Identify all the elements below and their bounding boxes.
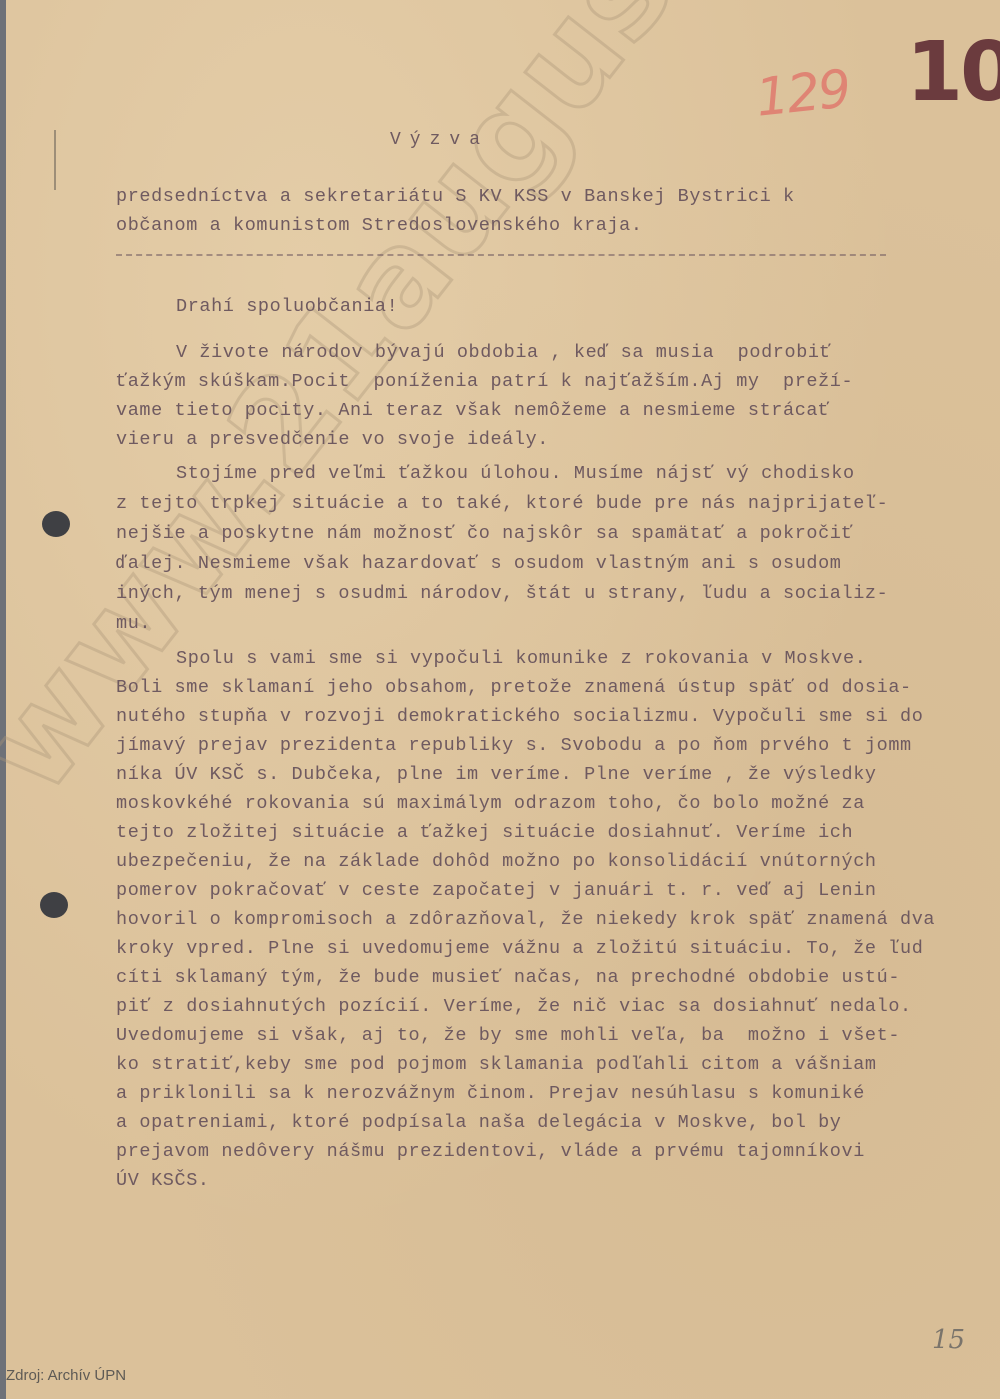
paragraph-line: iných, tým menej s osudmi národov, štát … bbox=[116, 583, 888, 604]
paragraph-line: moskovkéhé rokovania sú maximálym odrazo… bbox=[116, 793, 865, 814]
paragraph-line: Uvedomujeme si však, aj to, že by sme mo… bbox=[116, 1025, 900, 1046]
paragraph-line: a priklonili sa k nerozvážnym činom. Pre… bbox=[116, 1083, 865, 1104]
paragraph-line: jímavý prejav prezidenta republiky s. Sv… bbox=[116, 735, 912, 756]
paragraph-line: piť z dosiahnutých pozícií. Veríme, že n… bbox=[116, 996, 912, 1017]
page-mark-handwritten: 15 bbox=[932, 1325, 965, 1355]
folio-number-handwritten: 129 bbox=[753, 59, 852, 128]
paragraph-line: mu. bbox=[116, 613, 151, 634]
paragraph-line: níka ÚV KSČ s. Dubčeka, plne im veríme. … bbox=[116, 764, 877, 785]
paragraph-line: vieru a presvedčenie vo svoje ideály. bbox=[116, 429, 549, 450]
paragraph-line: Boli sme sklamaní jeho obsahom, pretože … bbox=[116, 677, 912, 698]
subtitle-line: občanom a komunistom Stredoslovenského k… bbox=[116, 215, 643, 236]
paragraph-line: ubezpečeniu, že na základe dohôd možno p… bbox=[116, 851, 877, 872]
paragraph-line: kroky vpred. Plne si uvedomujeme vážnu a… bbox=[116, 938, 923, 959]
paragraph-line: Stojíme pred veľmi ťažkou úlohou. Musíme… bbox=[176, 463, 855, 484]
document-title: Výzva bbox=[390, 130, 489, 150]
paragraph-line: V živote národov bývajú obdobia , keď sa… bbox=[176, 342, 831, 363]
paragraph-line: ďalej. Nesmieme však hazardovať s osudom… bbox=[116, 553, 842, 574]
salutation: Drahí spoluobčania! bbox=[176, 296, 398, 317]
paragraph-line: a opatreniami, ktoré podpísala naša dele… bbox=[116, 1112, 842, 1133]
paragraph-line: nutého stupňa v rozvoji demokratického s… bbox=[116, 706, 923, 727]
paragraph-line: tejto zložitej situácie a ťažkej situáci… bbox=[116, 822, 853, 843]
paragraph-line: nejšie a poskytne nám možnosť čo najskôr… bbox=[116, 523, 853, 544]
punch-hole-top bbox=[42, 511, 70, 537]
paragraph-line: vame tieto pocity. Ani teraz však nemôže… bbox=[116, 400, 830, 421]
stamp-number: 10 bbox=[906, 32, 1000, 114]
paragraph-line: ko stratiť,keby sme pod pojmom sklamania… bbox=[116, 1054, 877, 1075]
paragraph-line: ÚV KSČS. bbox=[116, 1170, 210, 1191]
paragraph-line: ťažkým skúškam.Pocit poníženia patrí k n… bbox=[116, 371, 853, 392]
paragraph-line: pomerov pokračovať v ceste započatej v j… bbox=[116, 880, 877, 901]
punch-hole-bottom bbox=[40, 892, 68, 918]
paragraph-line: z tejto trpkej situácie a to také, ktoré… bbox=[116, 493, 888, 514]
subtitle-line: predsedníctva a sekretariátu S KV KSS v … bbox=[116, 186, 795, 207]
paragraph-line: hovoril o kompromisoch a zdôrazňoval, že… bbox=[116, 909, 935, 930]
staple-mark bbox=[54, 130, 61, 190]
paragraph-line: Spolu s vami sme si vypočuli komunike z … bbox=[176, 648, 866, 669]
paragraph-line: prejavom nedôvery nášmu prezidentovi, vl… bbox=[116, 1141, 865, 1162]
dashed-separator bbox=[116, 254, 886, 256]
paragraph-line: cíti sklamaný tým, že bude musieť načas,… bbox=[116, 967, 900, 988]
source-label: Zdroj: Archív ÚPN bbox=[6, 1367, 126, 1384]
